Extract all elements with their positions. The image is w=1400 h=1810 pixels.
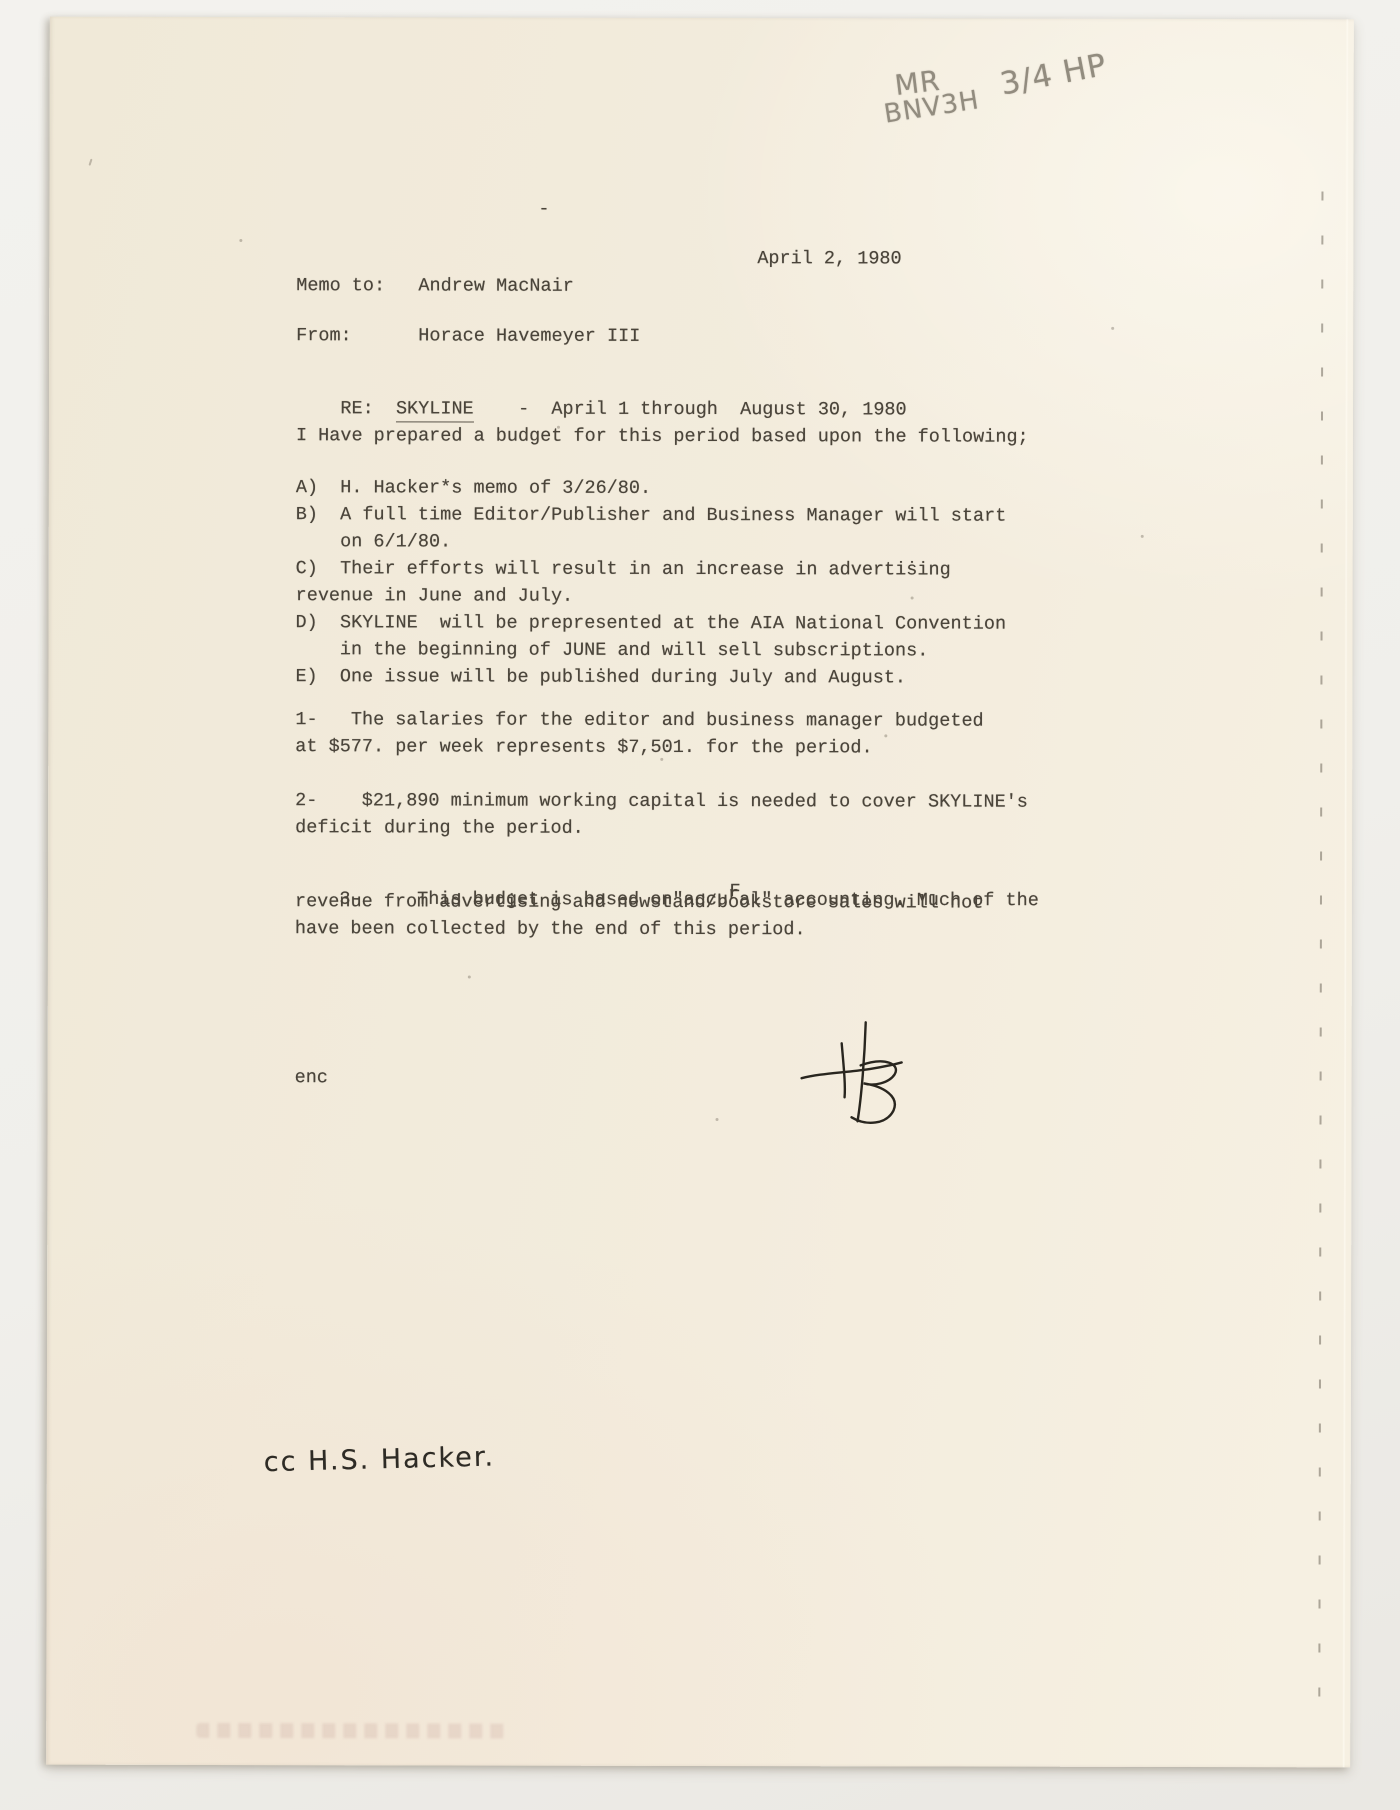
hb-monogram-signature	[798, 1016, 906, 1128]
assumption-line: A) H. Hacker*s memo of 3/26/80.	[296, 479, 651, 498]
point-3-line: revenue from advertising and newstand/bo…	[295, 893, 983, 913]
assumption-line: revenue in June and July.	[296, 587, 574, 606]
point-2-line: deficit during the period.	[295, 819, 584, 838]
point-2-line: 2- $21,890 minimum working capital is ne…	[295, 792, 1028, 812]
dust-speck	[1141, 535, 1144, 538]
assumption-line: in the beginning of JUNE and will sell s…	[295, 641, 928, 661]
ink-bleed-through	[196, 1723, 511, 1739]
memo-date: April 2, 1980	[757, 250, 901, 269]
paper-sheet: MR BNV3H 3/4 HP - April 2, 1980 Memo to:…	[46, 17, 1354, 1768]
perforation-dash-line	[1318, 191, 1323, 1719]
enclosure-note: enc	[295, 1069, 328, 1088]
scanned-memo-screenshot: { "scan": { "paper_color": "#f3ecdd", "t…	[0, 0, 1400, 1810]
assumption-line: C) Their efforts will result in an incre…	[296, 560, 951, 580]
dust-speck	[884, 734, 887, 737]
memo-from-line: From: Horace Havemeyer III	[296, 327, 640, 346]
intro-line: I Have prepared a budget for this period…	[296, 427, 1029, 447]
cc-note: cc H.S. Hacker.	[263, 1442, 495, 1479]
re-subject-underlined: SKYLINE	[396, 398, 474, 423]
dust-speck	[660, 758, 663, 761]
assumption-line: on 6/1/80.	[296, 533, 451, 552]
dust-speck	[1111, 327, 1114, 330]
dust-speck	[468, 976, 471, 979]
assumption-line: D) SKYLINE will be prepresented at the A…	[296, 614, 1007, 634]
assumption-line: E) One issue will be publiṡhed during Ju…	[295, 668, 906, 688]
pencil-annotation-fraction: 3/4 HP	[997, 47, 1110, 103]
re-date-range: - April 1 through August 30, 1980	[474, 398, 907, 420]
point-3-line: have been collected by the end of this p…	[295, 920, 806, 940]
re-label: RE:	[340, 398, 396, 419]
dust-speck	[911, 596, 914, 599]
point-1-line: at $577. per week represents $7,501. for…	[295, 738, 872, 758]
paper-crease	[1342, 19, 1349, 1767]
stray-dash-mark: -	[538, 201, 549, 220]
edge-mark	[88, 159, 92, 166]
dust-speck	[557, 426, 560, 429]
point-1-line: 1- The salaries for the editor and busin…	[295, 711, 983, 731]
memo-to-line: Memo to: Andrew MacNair	[296, 277, 574, 296]
dust-speck	[239, 239, 242, 242]
dust-speck	[716, 1118, 719, 1121]
assumption-line: B) A full time Editor/Publisher and Busi…	[296, 506, 1007, 526]
